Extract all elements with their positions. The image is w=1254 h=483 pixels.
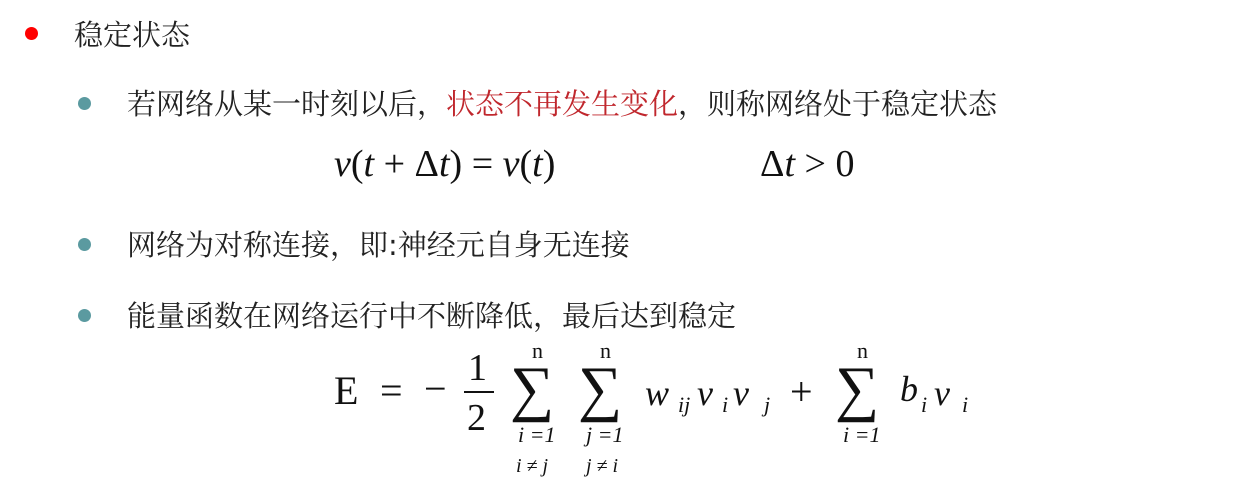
eq2-w: w	[645, 372, 669, 414]
eq2-v2: v	[733, 372, 749, 414]
eq2-frac-den: 2	[467, 396, 486, 440]
eq2-frac-num: 1	[468, 346, 487, 390]
eq2-E: E	[334, 367, 358, 414]
eq2-sum3-lower: i =1	[843, 422, 880, 448]
eq2-sum1-lower: i =1	[518, 422, 555, 448]
eq2-v1-sub: i	[722, 392, 728, 418]
equation-energy: E = − 1 2 n ∑ i =1 i ≠ j n ∑ j =1 j ≠ i …	[0, 0, 1254, 483]
eq2-minus: −	[424, 365, 447, 412]
eq2-plus: +	[790, 368, 813, 415]
eq2-v1: v	[697, 372, 713, 414]
eq2-v3: v	[934, 372, 950, 414]
eq2-sum2-cond: j ≠ i	[586, 455, 618, 478]
eq2-b-sub: i	[921, 392, 927, 418]
eq2-sum2-lower: j =1	[586, 422, 623, 448]
eq2-v3-sub: i	[962, 392, 968, 418]
eq2-frac-bar	[464, 391, 494, 393]
eq2-b: b	[900, 368, 918, 410]
eq2-equals: =	[380, 367, 403, 414]
eq2-v2-sub: j	[764, 392, 770, 418]
eq2-sum1-sigma-icon: ∑	[510, 358, 554, 420]
eq2-sum1-cond: i ≠ j	[516, 455, 548, 478]
eq2-w-sub: ij	[678, 392, 690, 418]
eq2-sum2-sigma-icon: ∑	[578, 358, 622, 420]
eq2-sum3-sigma-icon: ∑	[835, 358, 879, 420]
